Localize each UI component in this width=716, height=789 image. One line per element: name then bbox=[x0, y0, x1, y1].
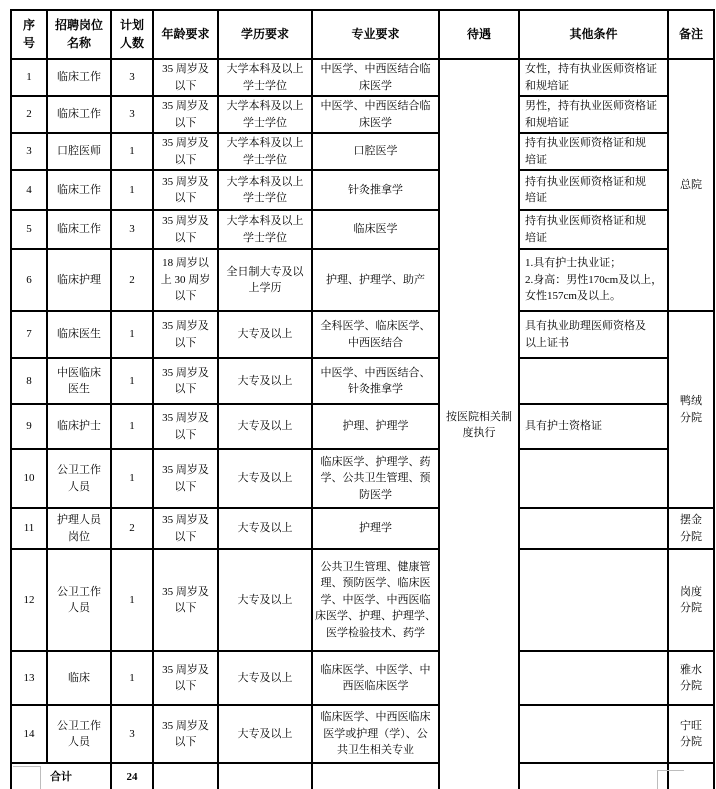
row12-other bbox=[519, 549, 668, 651]
row3-count: 1 bbox=[111, 133, 153, 170]
table-row: 7 临床医生 1 35 周岁及 以下 大专及以上 全科医学、临床医学、 中西医结… bbox=[11, 311, 714, 358]
corner-mark-right bbox=[657, 770, 684, 789]
row1-position: 临床工作 bbox=[47, 59, 111, 96]
row13-major: 临床医学、中医学、中 西医临床医学 bbox=[312, 651, 439, 705]
row8-age: 35 周岁及 以下 bbox=[153, 358, 218, 404]
row11-other bbox=[519, 508, 668, 549]
row13-education: 大专及以上 bbox=[218, 651, 312, 705]
total-age-empty bbox=[153, 763, 218, 789]
row7-major: 全科医学、临床医学、 中西医结合 bbox=[312, 311, 439, 358]
row12-count: 1 bbox=[111, 549, 153, 651]
row9-education: 大专及以上 bbox=[218, 404, 312, 449]
row5-education: 大学本科及以上 学士学位 bbox=[218, 210, 312, 249]
row1-seq: 1 bbox=[11, 59, 47, 96]
row14-count: 3 bbox=[111, 705, 153, 763]
row7-position: 临床医生 bbox=[47, 311, 111, 358]
row9-major: 护理、护理学 bbox=[312, 404, 439, 449]
row2-count: 3 bbox=[111, 96, 153, 133]
table-row: 6 临床护理 2 18 周岁以 上 30 周岁 以下 全日制大专及以 上学历 护… bbox=[11, 249, 714, 311]
table-row: 3 口腔医师 1 35 周岁及 以下 大学本科及以上 学士学位 口腔医学 持有执… bbox=[11, 133, 714, 170]
row2-other: 男性，持有执业医师资格证 和规培证 bbox=[519, 96, 668, 133]
row12-major: 公共卫生管理、健康管 理、预防医学、临床医 学、中医学、中西医临 床医学、护理、… bbox=[312, 549, 439, 651]
header-position: 招聘岗位 名称 bbox=[47, 10, 111, 59]
row2-education: 大学本科及以上 学士学位 bbox=[218, 96, 312, 133]
table-row: 11 护理人员 岗位 2 35 周岁及 以下 大专及以上 护理学 摆金 分院 bbox=[11, 508, 714, 549]
row14-age: 35 周岁及 以下 bbox=[153, 705, 218, 763]
row8-major: 中医学、中西医结合、 针灸推拿学 bbox=[312, 358, 439, 404]
row13-position: 临床 bbox=[47, 651, 111, 705]
row6-position: 临床护理 bbox=[47, 249, 111, 311]
row11-position: 护理人员 岗位 bbox=[47, 508, 111, 549]
row1-major: 中医学、中西医结合临 床医学 bbox=[312, 59, 439, 96]
row6-count: 2 bbox=[111, 249, 153, 311]
row10-other bbox=[519, 449, 668, 508]
salary-merged-cell: 按医院相关制 度执行 bbox=[439, 59, 519, 789]
row4-major: 针灸推拿学 bbox=[312, 170, 439, 210]
row3-age: 35 周岁及 以下 bbox=[153, 133, 218, 170]
row14-major: 临床医学、中西医临床 医学或护理（学）、公 共卫生相关专业 bbox=[312, 705, 439, 763]
total-row: 合计 24 bbox=[11, 763, 714, 789]
row3-position: 口腔医师 bbox=[47, 133, 111, 170]
row7-education: 大专及以上 bbox=[218, 311, 312, 358]
row9-count: 1 bbox=[111, 404, 153, 449]
row5-position: 临床工作 bbox=[47, 210, 111, 249]
header-education: 学历要求 bbox=[218, 10, 312, 59]
table-row: 5 临床工作 3 35 周岁及 以下 大学本科及以上 学士学位 临床医学 持有执… bbox=[11, 210, 714, 249]
row14-education: 大专及以上 bbox=[218, 705, 312, 763]
row4-seq: 4 bbox=[11, 170, 47, 210]
row3-other: 持有执业医师资格证和规 培证 bbox=[519, 133, 668, 170]
row9-other: 具有护士资格证 bbox=[519, 404, 668, 449]
table-row: 9 临床护士 1 35 周岁及 以下 大专及以上 护理、护理学 具有护士资格证 bbox=[11, 404, 714, 449]
row11-count: 2 bbox=[111, 508, 153, 549]
header-remark: 备注 bbox=[668, 10, 714, 59]
row13-count: 1 bbox=[111, 651, 153, 705]
row4-position: 临床工作 bbox=[47, 170, 111, 210]
row3-seq: 3 bbox=[11, 133, 47, 170]
remark-baijin-branch: 摆金 分院 bbox=[668, 508, 714, 549]
row2-major: 中医学、中西医结合临 床医学 bbox=[312, 96, 439, 133]
row2-position: 临床工作 bbox=[47, 96, 111, 133]
row10-major: 临床医学、护理学、药 学、公共卫生管理、预 防医学 bbox=[312, 449, 439, 508]
row11-seq: 11 bbox=[11, 508, 47, 549]
row12-seq: 12 bbox=[11, 549, 47, 651]
row5-count: 3 bbox=[111, 210, 153, 249]
row4-education: 大学本科及以上 学士学位 bbox=[218, 170, 312, 210]
row5-seq: 5 bbox=[11, 210, 47, 249]
row10-education: 大专及以上 bbox=[218, 449, 312, 508]
row5-age: 35 周岁及 以下 bbox=[153, 210, 218, 249]
row6-education: 全日制大专及以 上学历 bbox=[218, 249, 312, 311]
row8-other bbox=[519, 358, 668, 404]
row4-other: 持有执业医师资格证和规 培证 bbox=[519, 170, 668, 210]
remark-yashui-branch: 雅水 分院 bbox=[668, 651, 714, 705]
row7-count: 1 bbox=[111, 311, 153, 358]
row11-major: 护理学 bbox=[312, 508, 439, 549]
row8-education: 大专及以上 bbox=[218, 358, 312, 404]
row1-other: 女性，持有执业医师资格证 和规培证 bbox=[519, 59, 668, 96]
header-other: 其他条件 bbox=[519, 10, 668, 59]
row14-other bbox=[519, 705, 668, 763]
table-row: 8 中医临床 医生 1 35 周岁及 以下 大专及以上 中医学、中西医结合、 针… bbox=[11, 358, 714, 404]
row11-education: 大专及以上 bbox=[218, 508, 312, 549]
total-count: 24 bbox=[111, 763, 153, 789]
row6-age: 18 周岁以 上 30 周岁 以下 bbox=[153, 249, 218, 311]
remark-yarong-branch: 鸭绒 分院 bbox=[668, 311, 714, 508]
row10-age: 35 周岁及 以下 bbox=[153, 449, 218, 508]
row10-position: 公卫工作 人员 bbox=[47, 449, 111, 508]
row12-age: 35 周岁及 以下 bbox=[153, 549, 218, 651]
row7-age: 35 周岁及 以下 bbox=[153, 311, 218, 358]
row11-age: 35 周岁及 以下 bbox=[153, 508, 218, 549]
row6-seq: 6 bbox=[11, 249, 47, 311]
row13-other bbox=[519, 651, 668, 705]
recruitment-table: 序 号 招聘岗位 名称 计划 人数 年龄要求 学历要求 专业要求 待遇 其他条件… bbox=[10, 9, 715, 789]
row14-position: 公卫工作 人员 bbox=[47, 705, 111, 763]
row13-seq: 13 bbox=[11, 651, 47, 705]
row10-seq: 10 bbox=[11, 449, 47, 508]
row9-age: 35 周岁及 以下 bbox=[153, 404, 218, 449]
table-row: 4 临床工作 1 35 周岁及 以下 大学本科及以上 学士学位 针灸推拿学 持有… bbox=[11, 170, 714, 210]
row3-major: 口腔医学 bbox=[312, 133, 439, 170]
table-row: 2 临床工作 3 35 周岁及 以下 大学本科及以上 学士学位 中医学、中西医结… bbox=[11, 96, 714, 133]
row13-age: 35 周岁及 以下 bbox=[153, 651, 218, 705]
table-row: 10 公卫工作 人员 1 35 周岁及 以下 大专及以上 临床医学、护理学、药 … bbox=[11, 449, 714, 508]
row8-position: 中医临床 医生 bbox=[47, 358, 111, 404]
row4-age: 35 周岁及 以下 bbox=[153, 170, 218, 210]
table-row: 1 临床工作 3 35 周岁及 以下 大学本科及以上 学士学位 中医学、中西医结… bbox=[11, 59, 714, 96]
header-salary: 待遇 bbox=[439, 10, 519, 59]
row2-age: 35 周岁及 以下 bbox=[153, 96, 218, 133]
remark-gangdu-branch: 岗度 分院 bbox=[668, 549, 714, 651]
row12-position: 公卫工作 人员 bbox=[47, 549, 111, 651]
header-count: 计划 人数 bbox=[111, 10, 153, 59]
row9-position: 临床护士 bbox=[47, 404, 111, 449]
row3-education: 大学本科及以上 学士学位 bbox=[218, 133, 312, 170]
row7-other: 具有执业助理医师资格及 以上证书 bbox=[519, 311, 668, 358]
row10-count: 1 bbox=[111, 449, 153, 508]
header-age: 年龄要求 bbox=[153, 10, 218, 59]
row1-education: 大学本科及以上 学士学位 bbox=[218, 59, 312, 96]
header-row: 序 号 招聘岗位 名称 计划 人数 年龄要求 学历要求 专业要求 待遇 其他条件… bbox=[11, 10, 714, 59]
table-row: 14 公卫工作 人员 3 35 周岁及 以下 大专及以上 临床医学、中西医临床 … bbox=[11, 705, 714, 763]
row2-seq: 2 bbox=[11, 96, 47, 133]
header-major: 专业要求 bbox=[312, 10, 439, 59]
row5-major: 临床医学 bbox=[312, 210, 439, 249]
remark-headquarters: 总院 bbox=[668, 59, 714, 311]
row1-count: 3 bbox=[111, 59, 153, 96]
table-row: 13 临床 1 35 周岁及 以下 大专及以上 临床医学、中医学、中 西医临床医… bbox=[11, 651, 714, 705]
header-seq: 序 号 bbox=[11, 10, 47, 59]
total-education-empty bbox=[218, 763, 312, 789]
row8-count: 1 bbox=[111, 358, 153, 404]
document-page: { "table": { "headers": { "seq": "序\n号",… bbox=[0, 0, 716, 789]
row4-count: 1 bbox=[111, 170, 153, 210]
corner-mark-left bbox=[13, 766, 41, 789]
row7-seq: 7 bbox=[11, 311, 47, 358]
table-row: 12 公卫工作 人员 1 35 周岁及 以下 大专及以上 公共卫生管理、健康管 … bbox=[11, 549, 714, 651]
total-other-empty bbox=[519, 763, 668, 789]
row5-other: 持有执业医师资格证和规 培证 bbox=[519, 210, 668, 249]
row1-age: 35 周岁及 以下 bbox=[153, 59, 218, 96]
row6-major: 护理、护理学、助产 bbox=[312, 249, 439, 311]
row8-seq: 8 bbox=[11, 358, 47, 404]
total-major-empty bbox=[312, 763, 439, 789]
row6-other: 1.具有护士执业证； 2.身高：男性170cm及以上， 女性157cm及以上。 bbox=[519, 249, 668, 311]
row9-seq: 9 bbox=[11, 404, 47, 449]
row12-education: 大专及以上 bbox=[218, 549, 312, 651]
row14-seq: 14 bbox=[11, 705, 47, 763]
remark-ningwang-branch: 宁旺 分院 bbox=[668, 705, 714, 763]
